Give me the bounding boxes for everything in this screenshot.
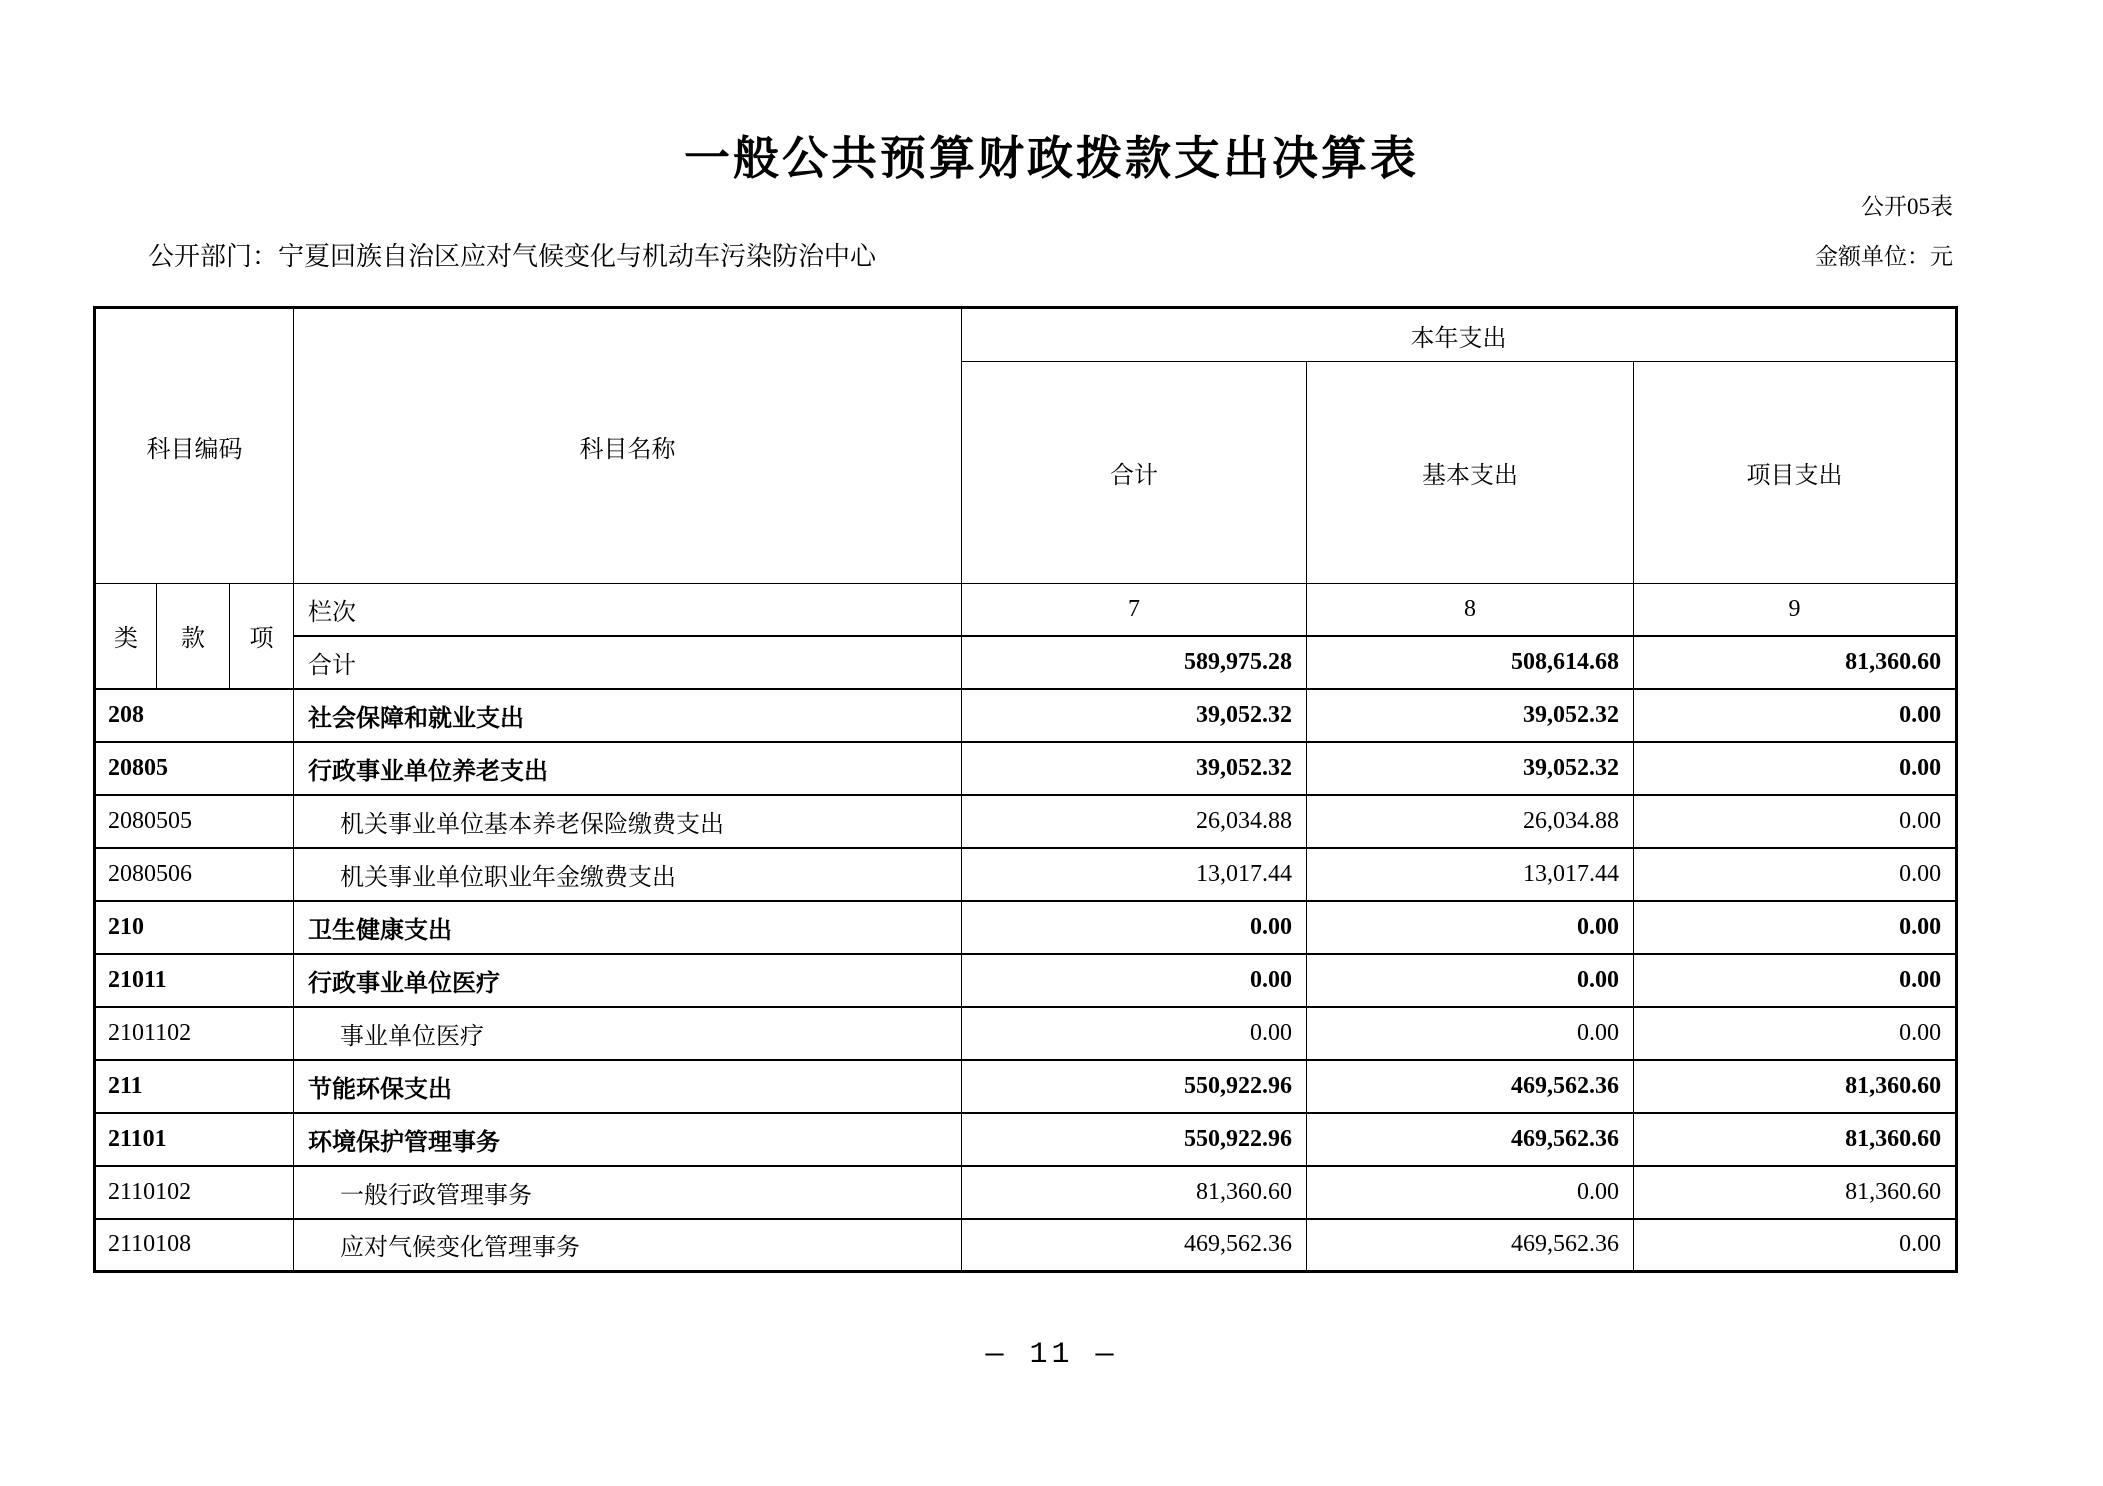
header-section: 款 <box>157 584 230 689</box>
table-row: 2101102 事业单位医疗 0.00 0.00 0.00 <box>95 1007 1957 1060</box>
subject-code-cell: 211 <box>95 1060 294 1113</box>
header-subject-code: 科目编码 <box>95 308 294 584</box>
header-total: 合计 <box>962 362 1307 584</box>
subject-code-cell: 2080506 <box>95 848 294 901</box>
column-index-label: 栏次 <box>294 584 962 636</box>
table-row: 2110108 应对气候变化管理事务 469,562.36 469,562.36… <box>95 1219 1957 1272</box>
table-row: 211 节能环保支出 550,922.96 469,562.36 81,360.… <box>95 1060 1957 1113</box>
total-value-cell: 0.00 <box>962 1007 1307 1060</box>
subject-name-cell: 行政事业单位医疗 <box>294 954 962 1007</box>
subject-code-cell: 208 <box>95 689 294 742</box>
subject-name-cell: 行政事业单位养老支出 <box>294 742 962 795</box>
table-row: 210 卫生健康支出 0.00 0.00 0.00 <box>95 901 1957 954</box>
table-row: 20805 行政事业单位养老支出 39,052.32 39,052.32 0.0… <box>95 742 1957 795</box>
subject-name-cell: 环境保护管理事务 <box>294 1113 962 1166</box>
total-value-cell: 81,360.60 <box>962 1166 1307 1219</box>
header-subject-name: 科目名称 <box>294 308 962 584</box>
subject-code-cell: 2110102 <box>95 1166 294 1219</box>
project-value-cell: 0.00 <box>1634 795 1957 848</box>
subject-code-cell: 21101 <box>95 1113 294 1166</box>
header-project-expenditure: 项目支出 <box>1634 362 1957 584</box>
basic-value-cell: 26,034.88 <box>1307 795 1634 848</box>
subject-code-cell: 20805 <box>95 742 294 795</box>
table-row: 208 社会保障和就业支出 39,052.32 39,052.32 0.00 <box>95 689 1957 742</box>
table-row: 21011 行政事业单位医疗 0.00 0.00 0.00 <box>95 954 1957 1007</box>
column-number-7: 7 <box>962 584 1307 636</box>
project-value-cell: 81,360.60 <box>1634 1166 1957 1219</box>
subject-name-cell: 应对气候变化管理事务 <box>294 1219 962 1272</box>
project-value-cell: 0.00 <box>1634 742 1957 795</box>
column-number-8: 8 <box>1307 584 1634 636</box>
basic-value-cell: 39,052.32 <box>1307 689 1634 742</box>
subject-code-cell: 2110108 <box>95 1219 294 1272</box>
table-row: 2110102 一般行政管理事务 81,360.60 0.00 81,360.6… <box>95 1166 1957 1219</box>
header-class: 类 <box>95 584 157 689</box>
department-label: 公开部门：宁夏回族自治区应对气候变化与机动车污染防治中心 <box>148 236 876 273</box>
table-row: 2080506 机关事业单位职业年金缴费支出 13,017.44 13,017.… <box>95 848 1957 901</box>
document-page: 一般公共预算财政拨款支出决算表 公开05表 公开部门：宁夏回族自治区应对气候变化… <box>0 0 2103 1486</box>
table-row: 2080505 机关事业单位基本养老保险缴费支出 26,034.88 26,03… <box>95 795 1957 848</box>
basic-value-cell: 469,562.36 <box>1307 1060 1634 1113</box>
project-value-cell: 0.00 <box>1634 689 1957 742</box>
project-value-cell: 0.00 <box>1634 901 1957 954</box>
subject-name-cell: 节能环保支出 <box>294 1060 962 1113</box>
total-value-cell: 0.00 <box>962 954 1307 1007</box>
subject-name-cell: 机关事业单位基本养老保险缴费支出 <box>294 795 962 848</box>
subject-code-cell: 21011 <box>95 954 294 1007</box>
header-item: 项 <box>230 584 294 689</box>
header-current-year-expenditure: 本年支出 <box>962 308 1957 362</box>
grand-total-project: 81,360.60 <box>1634 636 1957 689</box>
subject-name-cell: 社会保障和就业支出 <box>294 689 962 742</box>
basic-value-cell: 469,562.36 <box>1307 1219 1634 1272</box>
basic-value-cell: 13,017.44 <box>1307 848 1634 901</box>
budget-expenditure-table: 科目编码 科目名称 本年支出 合计 基本支出 项目支出 类 款 项 栏次 7 8… <box>93 306 1958 1273</box>
project-value-cell: 0.00 <box>1634 1219 1957 1272</box>
total-value-cell: 550,922.96 <box>962 1113 1307 1166</box>
grand-total-row: 合计 589,975.28 508,614.68 81,360.60 <box>95 636 1957 689</box>
grand-total-label: 合计 <box>294 636 962 689</box>
basic-value-cell: 0.00 <box>1307 901 1634 954</box>
subject-name-cell: 机关事业单位职业年金缴费支出 <box>294 848 962 901</box>
project-value-cell: 81,360.60 <box>1634 1113 1957 1166</box>
table-row: 21101 环境保护管理事务 550,922.96 469,562.36 81,… <box>95 1113 1957 1166</box>
project-value-cell: 0.00 <box>1634 954 1957 1007</box>
total-value-cell: 26,034.88 <box>962 795 1307 848</box>
total-value-cell: 39,052.32 <box>962 742 1307 795</box>
column-index-row: 类 款 项 栏次 7 8 9 <box>95 584 1957 636</box>
project-value-cell: 0.00 <box>1634 1007 1957 1060</box>
total-value-cell: 550,922.96 <box>962 1060 1307 1113</box>
basic-value-cell: 469,562.36 <box>1307 1113 1634 1166</box>
basic-value-cell: 0.00 <box>1307 954 1634 1007</box>
header-row-1: 科目编码 科目名称 本年支出 <box>95 308 1957 362</box>
header-basic-expenditure: 基本支出 <box>1307 362 1634 584</box>
total-value-cell: 39,052.32 <box>962 689 1307 742</box>
project-value-cell: 81,360.60 <box>1634 1060 1957 1113</box>
subject-name-cell: 事业单位医疗 <box>294 1007 962 1060</box>
grand-total-total: 589,975.28 <box>962 636 1307 689</box>
basic-value-cell: 0.00 <box>1307 1007 1634 1060</box>
page-title: 一般公共预算财政拨款支出决算表 <box>0 122 2103 188</box>
subject-code-cell: 2101102 <box>95 1007 294 1060</box>
subject-code-cell: 2080505 <box>95 795 294 848</box>
total-value-cell: 469,562.36 <box>962 1219 1307 1272</box>
grand-total-basic: 508,614.68 <box>1307 636 1634 689</box>
basic-value-cell: 0.00 <box>1307 1166 1634 1219</box>
basic-value-cell: 39,052.32 <box>1307 742 1634 795</box>
project-value-cell: 0.00 <box>1634 848 1957 901</box>
unit-label: 金额单位：元 <box>1815 238 1953 271</box>
subject-code-cell: 210 <box>95 901 294 954</box>
subject-name-cell: 一般行政管理事务 <box>294 1166 962 1219</box>
total-value-cell: 13,017.44 <box>962 848 1307 901</box>
subject-name-cell: 卫生健康支出 <box>294 901 962 954</box>
table-number: 公开05表 <box>1861 188 1953 221</box>
page-number: — 11 — <box>0 1338 2103 1372</box>
column-number-9: 9 <box>1634 584 1957 636</box>
table-body: 科目编码 科目名称 本年支出 合计 基本支出 项目支出 类 款 项 栏次 7 8… <box>95 308 1957 1272</box>
total-value-cell: 0.00 <box>962 901 1307 954</box>
